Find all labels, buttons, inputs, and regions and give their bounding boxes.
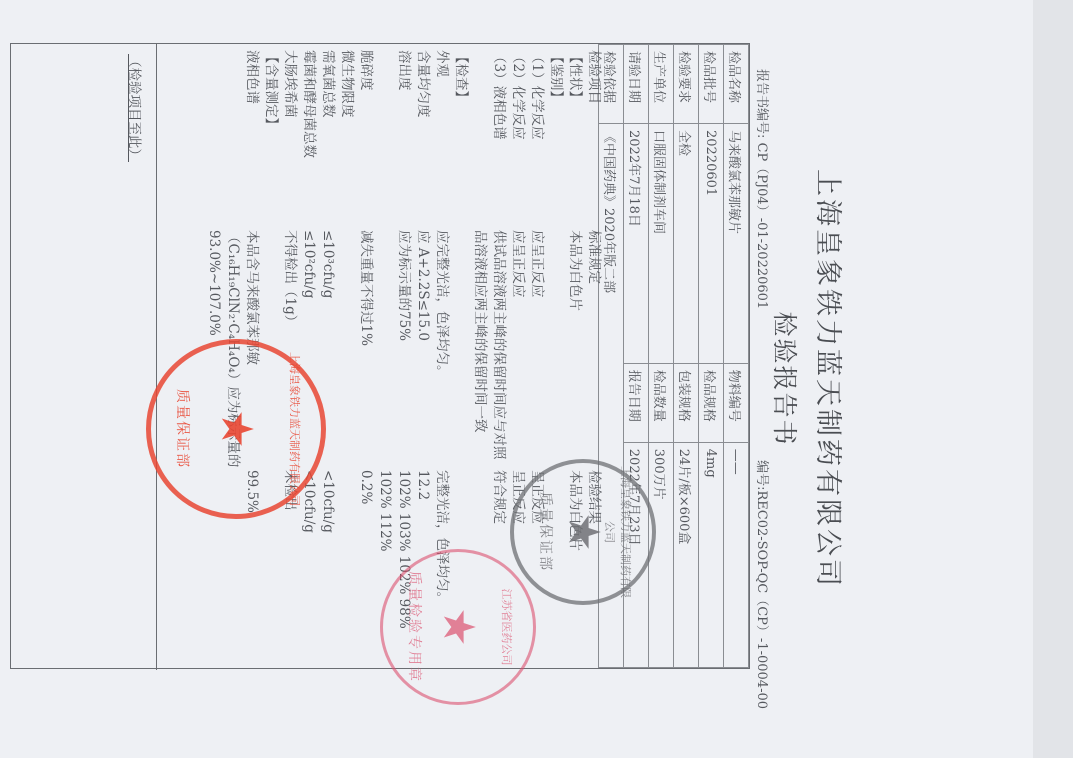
info-row: 检品名称马来酸氯苯那敏片物料编号——	[724, 45, 749, 668]
info-cell-k2: 检品规格	[699, 363, 724, 442]
info-cell-k2: 报告日期	[624, 363, 649, 442]
test-standard	[451, 230, 470, 470]
test-item: 脆碎度	[356, 50, 375, 230]
pink-stamp: 江苏省医药公司 ★ 质量检验专用章	[380, 549, 536, 705]
test-row: 需氧菌总数≤10³cfu/g<10cfu/g	[318, 50, 337, 660]
info-cell-k1: 检品名称	[724, 45, 749, 124]
form-number: 编号:REC02-SOP-QC（CP）-1-0004-00	[754, 460, 773, 709]
test-standard: 本品为白色片	[565, 230, 584, 470]
test-item: （1）化学反应	[527, 50, 546, 230]
info-cell-k1: 检验要求	[674, 45, 699, 124]
test-item: 大肠埃希菌	[280, 50, 299, 230]
test-row: 微生物限度	[337, 50, 356, 660]
test-item: 【性状】	[565, 50, 584, 230]
test-standard: 应呈正反应	[527, 230, 546, 470]
header-item: 检验项目	[584, 50, 603, 230]
company-name: 上海皇象铁力蓝天制药有限公司	[811, 29, 850, 729]
test-result: <10cfu/g	[318, 470, 337, 660]
star-icon: ★	[214, 409, 258, 448]
star-icon: ★	[561, 512, 605, 551]
info-cell-k2: 物料编号	[724, 363, 749, 442]
test-item: 微生物限度	[337, 50, 356, 230]
test-standard: 应 A+2.2S≤15.0	[413, 230, 432, 470]
test-standard: 供试品溶液两主峰的保留时间应与对照品溶液相应两主峰的保留时间一致	[470, 230, 508, 470]
info-cell-v2: 24片/板×600盒	[674, 442, 699, 667]
info-row: 检品批号20220601检品规格4mg	[699, 45, 724, 668]
test-item: 【含量测定】	[261, 50, 280, 230]
test-item: 液相色谱	[204, 50, 261, 230]
document-title: 检验报告书	[768, 29, 804, 729]
info-cell-v1: 全检	[674, 124, 699, 364]
test-standard: 应完整光洁，色泽均匀。	[432, 230, 451, 470]
test-row: 脆碎度减失重量不得过1%0.2%	[356, 50, 375, 660]
test-standard: 减失重量不得过1%	[356, 230, 375, 470]
info-cell-v1: 马来酸氯苯那敏片	[724, 124, 749, 364]
test-item: 溶出度	[375, 50, 413, 230]
info-cell-v2: 4mg	[699, 442, 724, 667]
info-cell-v1: 2022年7月18日	[624, 124, 649, 364]
end-note: （检验项目至此）	[126, 44, 157, 670]
scan-edge	[1033, 0, 1073, 758]
end-note-text: （检验项目至此）	[126, 54, 146, 162]
info-cell-v2: ——	[724, 442, 749, 667]
test-standard	[546, 230, 565, 470]
test-item: 需氧菌总数	[318, 50, 337, 230]
info-cell-k1: 检品批号	[699, 45, 724, 124]
test-result	[337, 470, 356, 660]
test-standard: 应呈正反应	[508, 230, 527, 470]
info-cell-k1: 生产单位	[649, 45, 674, 124]
report-meta: 报告书编号: CP（PJ04）-01-20220601 编号:REC02-SOP…	[754, 69, 773, 709]
test-item: （3）液相色谱	[470, 50, 508, 230]
red-stamp: 上海皇象铁力蓝天制药有限公司 ★ 质量保证部	[146, 339, 326, 519]
test-standard	[337, 230, 356, 470]
test-item: 霉菌和酵母菌总数	[299, 50, 318, 230]
inspection-report-page: 上海皇象铁力蓝天制药有限公司 检验报告书 报告书编号: CP（PJ04）-01-…	[0, 29, 886, 729]
report-number: 报告书编号: CP（PJ04）-01-20220601	[754, 69, 773, 309]
test-item: 【检查】	[451, 50, 470, 230]
info-cell-v1: 20220601	[699, 124, 724, 364]
star-icon: ★	[436, 607, 480, 646]
info-row: 检验要求全检包装规格24片/板×600盒	[674, 45, 699, 668]
info-cell-k1: 请验日期	[624, 45, 649, 124]
info-cell-v1: 口服固体制剂车间	[649, 124, 674, 364]
gray-stamp: 上海皇象铁力蓝天制药有限公司 ★ 质量保证部	[510, 459, 656, 605]
info-cell-k2: 检品数量	[649, 363, 674, 442]
header-standard: 标准规定	[584, 230, 603, 470]
test-item: 外观	[432, 50, 451, 230]
test-item: （2）化学反应	[508, 50, 527, 230]
info-cell-k2: 包装规格	[674, 363, 699, 442]
test-standard: 应为标示量的75%	[375, 230, 413, 470]
test-item: 【鉴别】	[546, 50, 565, 230]
info-row: 生产单位口服固体制剂车间检品数量300万片	[649, 45, 674, 668]
test-result: 0.2%	[356, 470, 375, 660]
test-item: 含量均匀度	[413, 50, 432, 230]
